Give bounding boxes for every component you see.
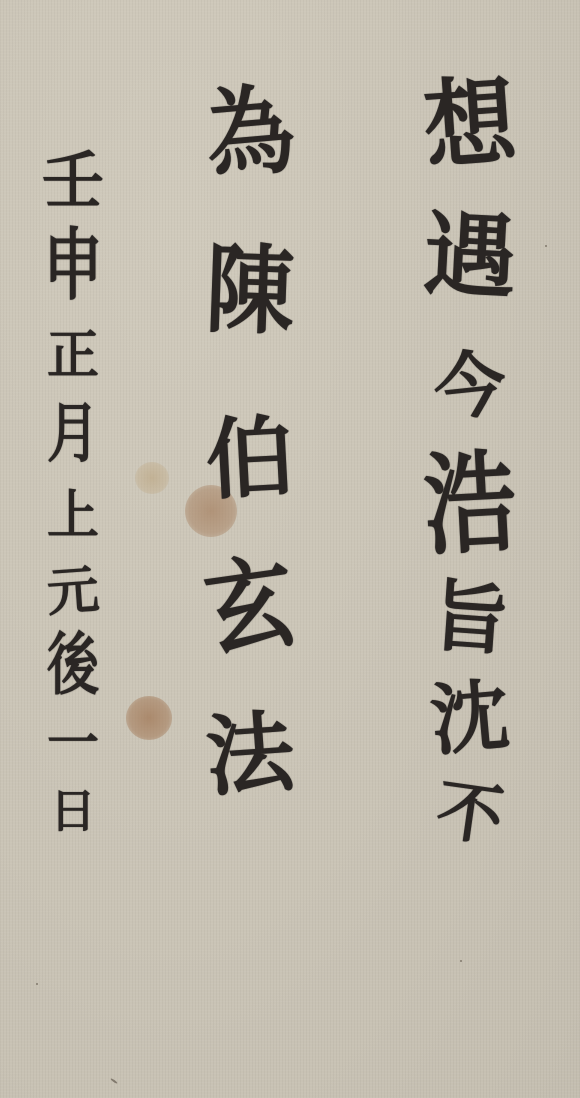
char: 月 bbox=[47, 402, 99, 467]
char: 申 bbox=[43, 227, 103, 305]
date-inscription-column: 壬 申 正 月 上 元 後 一 日 bbox=[28, 150, 118, 834]
char: 元 bbox=[45, 564, 101, 620]
pale-stain bbox=[135, 462, 169, 494]
char: 沈 bbox=[428, 677, 513, 762]
paper-speck bbox=[36, 983, 38, 985]
char: 不 bbox=[433, 776, 508, 851]
paper-speck bbox=[460, 960, 462, 962]
char: 一 bbox=[47, 718, 99, 770]
char: 後 bbox=[47, 632, 99, 700]
calligraphy-paper: 想 遇 今 浩 旨 沈 不 為 陳 伯 玄 法 壬 申 正 月 上 元 後 一 … bbox=[0, 0, 580, 1098]
paper-speck bbox=[545, 245, 547, 247]
char: 遇 bbox=[422, 208, 519, 305]
round-foxing-stain bbox=[126, 696, 172, 740]
char: 旨 bbox=[428, 577, 511, 660]
text-column-right: 想 遇 今 浩 旨 沈 不 bbox=[400, 78, 540, 846]
text-column-middle: 為 陳 伯 玄 法 bbox=[180, 88, 320, 798]
char: 上 bbox=[47, 490, 99, 542]
char: 伯 bbox=[204, 412, 297, 504]
char: 法 bbox=[203, 707, 297, 801]
char: 浩 bbox=[421, 446, 519, 561]
char: 今 bbox=[430, 346, 509, 425]
char: 壬 bbox=[42, 150, 104, 212]
char: 正 bbox=[47, 330, 99, 382]
char: 玄 bbox=[199, 550, 300, 662]
char: 日 bbox=[50, 788, 96, 834]
char: 陳 bbox=[204, 240, 295, 340]
paper-speck bbox=[110, 1078, 118, 1084]
char: 為 bbox=[202, 80, 298, 184]
char: 想 bbox=[421, 73, 520, 176]
